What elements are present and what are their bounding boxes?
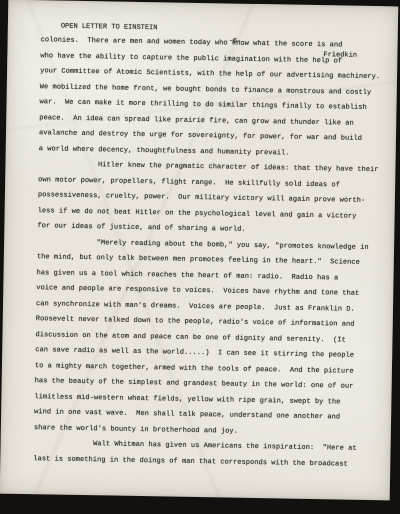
page-header: OPEN LETTER TO EINSTEIN -6- Friedkin [8,8,398,27]
scan-background: OPEN LETTER TO EINSTEIN -6- Friedkin col… [0,0,400,514]
document-page: OPEN LETTER TO EINSTEIN -6- Friedkin col… [0,0,398,500]
document-title: OPEN LETTER TO EINSTEIN [61,21,158,35]
letter-body: colonies. There are men and women today … [33,33,391,473]
